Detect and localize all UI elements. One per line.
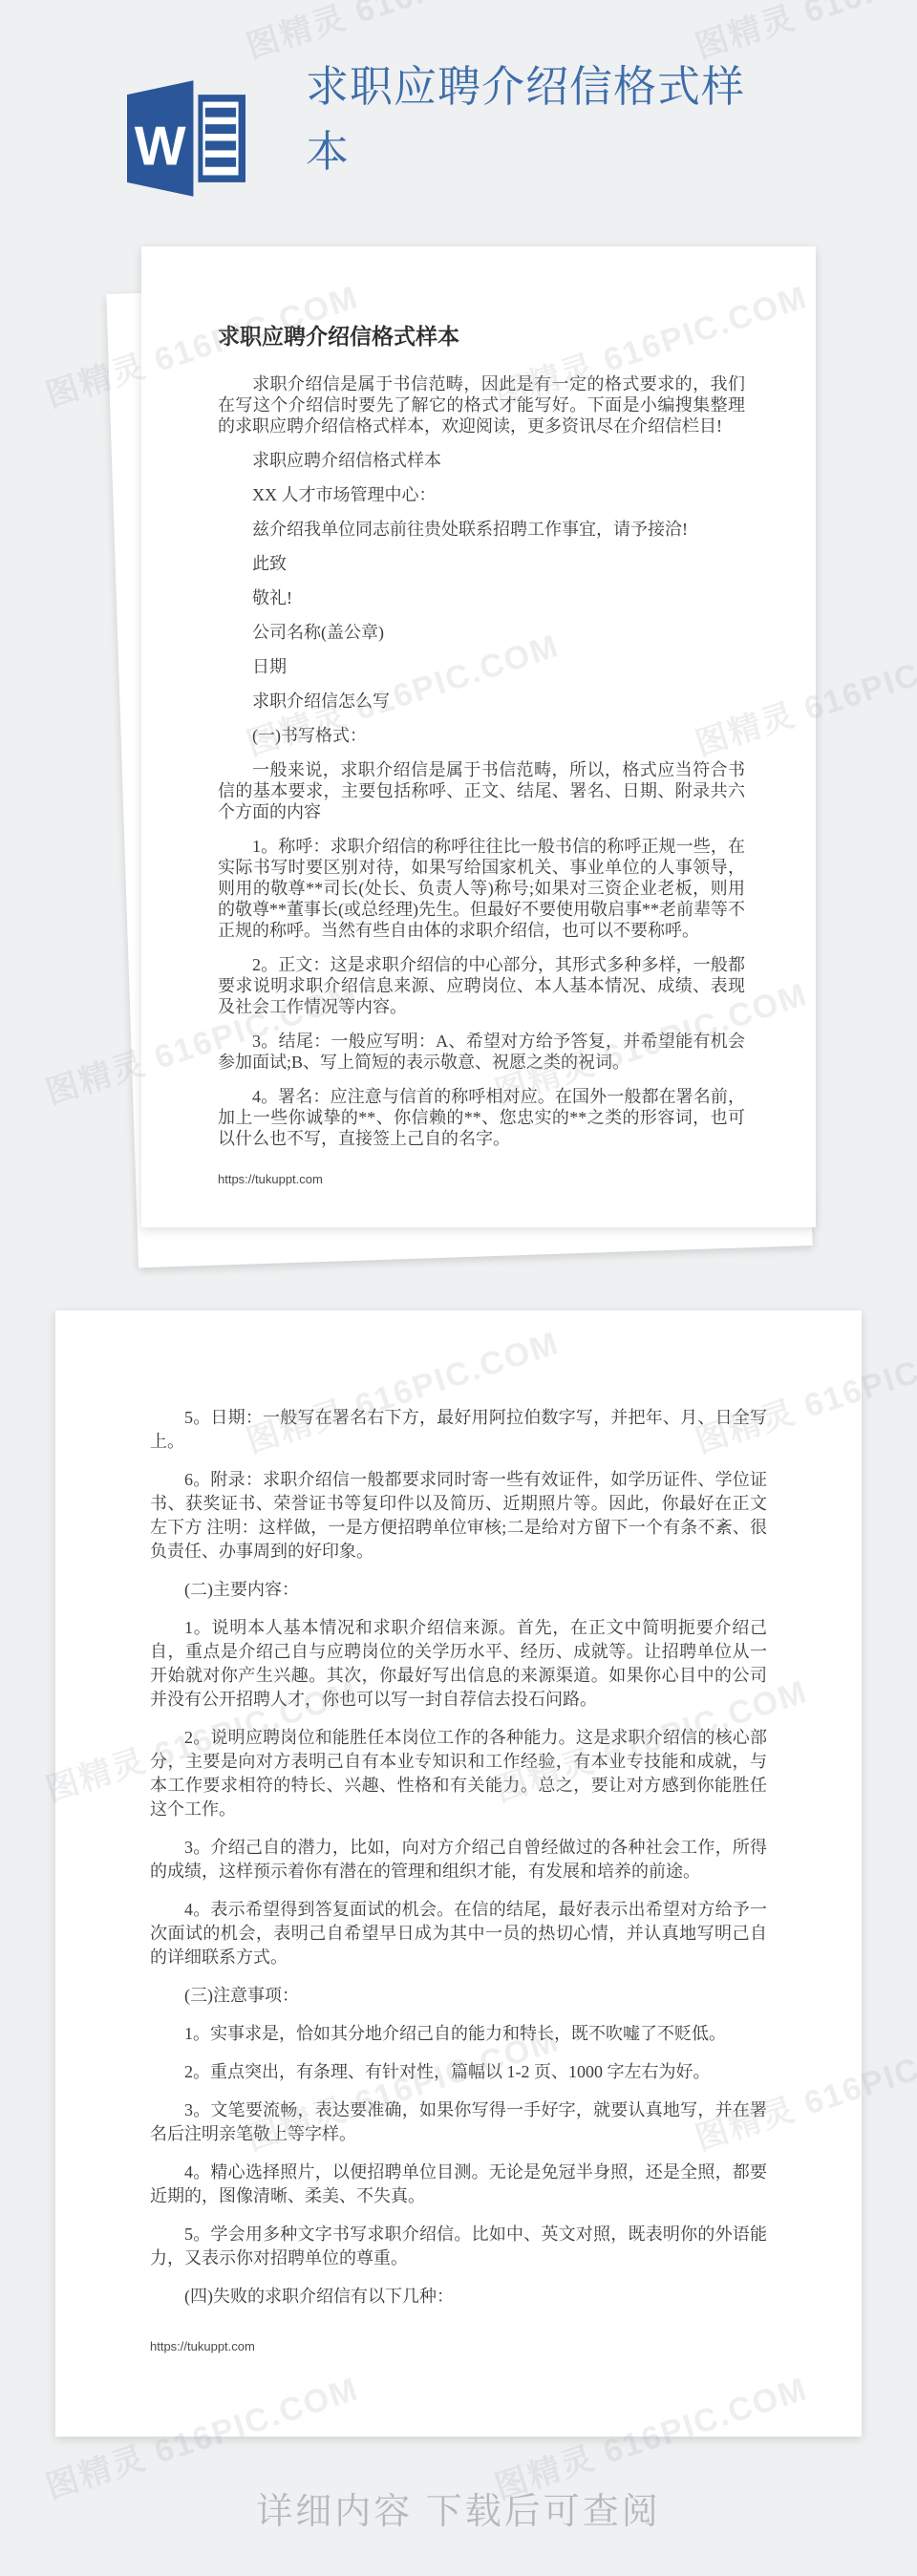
doc-paragraph: 3。文笔要流畅，表达要准确，如果你写得一手好字，就要认真地写，并在署名后注明亲笔… (150, 2098, 767, 2146)
doc-paragraph: 2。正文：这是求职介绍信的中心部分，其形式多种多样，一般都要求说明求职介绍信息来… (218, 954, 745, 1017)
doc-paragraph: (一)书写格式： (218, 725, 745, 746)
doc-paragraph: 3。结尾：一般应写明：A、希望对方给予答复，并希望能有机会参加面试;B、写上简短… (218, 1031, 745, 1073)
doc-paragraph: 敬礼! (218, 587, 745, 608)
doc-paragraph: XX 人才市场管理中心： (218, 484, 745, 505)
doc-paragraph: 5。学会用多种文字书写求职介绍信。比如中、英文对照，既表明你的外语能力，又表示你… (150, 2223, 767, 2270)
doc-paragraph: 公司名称(盖公章) (218, 622, 745, 643)
page-title: 求职应聘介绍信格式样本 (306, 54, 770, 184)
doc-paragraph: 求职应聘介绍信格式样本 (218, 450, 745, 471)
doc-paragraph: 2。说明应聘岗位和能胜任本岗位工作的各种能力。这是求职介绍信的核心部分，主要是向… (150, 1726, 767, 1821)
document-footer-url: https://tukuppt.com (218, 1172, 745, 1186)
doc-paragraph: 求职介绍信是属于书信范畴，因此是有一定的格式要求的，我们在写这个介绍信时要先了解… (218, 373, 745, 436)
doc-paragraph: 1。实事求是，恰如其分地介绍己自的能力和特长，既不吹嘘了不贬低。 (150, 2022, 767, 2046)
doc-paragraph: (三)注意事项： (150, 1984, 767, 2008)
doc-paragraph: 一般来说，求职介绍信是属于书信范畴，所以，格式应当符合书信的基本要求，主要包括称… (218, 759, 745, 822)
doc-paragraph: 日期 (218, 656, 745, 677)
doc-paragraph: 兹介绍我单位同志前往贵处联系招聘工作事宜，请予接洽! (218, 519, 745, 540)
doc-paragraph: 2。重点突出，有条理、有针对性，篇幅以 1-2 页、1000 字左右为好。 (150, 2060, 767, 2084)
doc-paragraph: 求职介绍信怎么写 (218, 691, 745, 712)
document-footer-url: https://tukuppt.com (150, 2339, 767, 2353)
header: W 求职应聘介绍信格式样本 (0, 0, 917, 220)
preview-page: W 求职应聘介绍信格式样本 求职应聘介绍信格式样本 求职介绍信是属于书信范畴，因… (0, 0, 917, 2576)
doc-paragraph: 1。说明本人基本情况和求职介绍信来源。首先，在正文中简明扼要介绍己自，重点是介绍… (150, 1616, 767, 1712)
doc-paragraph: 5。日期：一般写在署名右下方，最好用阿拉伯数字写，并把年、月、日全写上。 (150, 1406, 767, 1454)
download-notice: 详细内容 下载后可查阅 (0, 2481, 917, 2534)
doc-paragraph: 此致 (218, 553, 745, 574)
doc-paragraph: (二)主要内容： (150, 1578, 767, 1602)
doc-paragraph: 4。署名：应注意与信首的称呼相对应。在国外一般都在署名前，加上一些你诚挚的**、… (218, 1086, 745, 1149)
page1-body: 求职介绍信是属于书信范畴，因此是有一定的格式要求的，我们在写这个介绍信时要先了解… (218, 373, 745, 1149)
doc-paragraph: 3。介绍己自的潜力，比如，向对方介绍己自曾经做过的各种社会工作，所得的成绩，这样… (150, 1836, 767, 1884)
page2-body: 5。日期：一般写在署名右下方，最好用阿拉伯数字写，并把年、月、日全写上。 6。附… (150, 1406, 767, 2309)
document-title: 求职应聘介绍信格式样本 (218, 319, 745, 351)
doc-paragraph: 4。精心选择照片，以便招聘单位目测。无论是免冠半身照，还是全照，都要近期的，图像… (150, 2161, 767, 2208)
document-page-1[interactable]: 求职应聘介绍信格式样本 求职介绍信是属于书信范畴，因此是有一定的格式要求的，我们… (141, 246, 816, 1227)
word-icon: W (127, 79, 245, 198)
doc-paragraph: 4。表示希望得到答复面试的机会。在信的结尾，最好表示出希望对方给予一次面试的机会… (150, 1898, 767, 1969)
svg-text:W: W (135, 116, 186, 177)
doc-paragraph: 6。附录：求职介绍信一般都要求同时寄一些有效证件，如学历证件、学位证书、获奖证书… (150, 1468, 767, 1564)
document-page-2[interactable]: 5。日期：一般写在署名右下方，最好用阿拉伯数字写，并把年、月、日全写上。 6。附… (55, 1310, 862, 2437)
doc-paragraph: 1。称呼：求职介绍信的称呼往往比一般书信的称呼正规一些，在实际书写时要区别对待，… (218, 836, 745, 941)
doc-paragraph: (四)失败的求职介绍信有以下几种： (150, 2285, 767, 2309)
